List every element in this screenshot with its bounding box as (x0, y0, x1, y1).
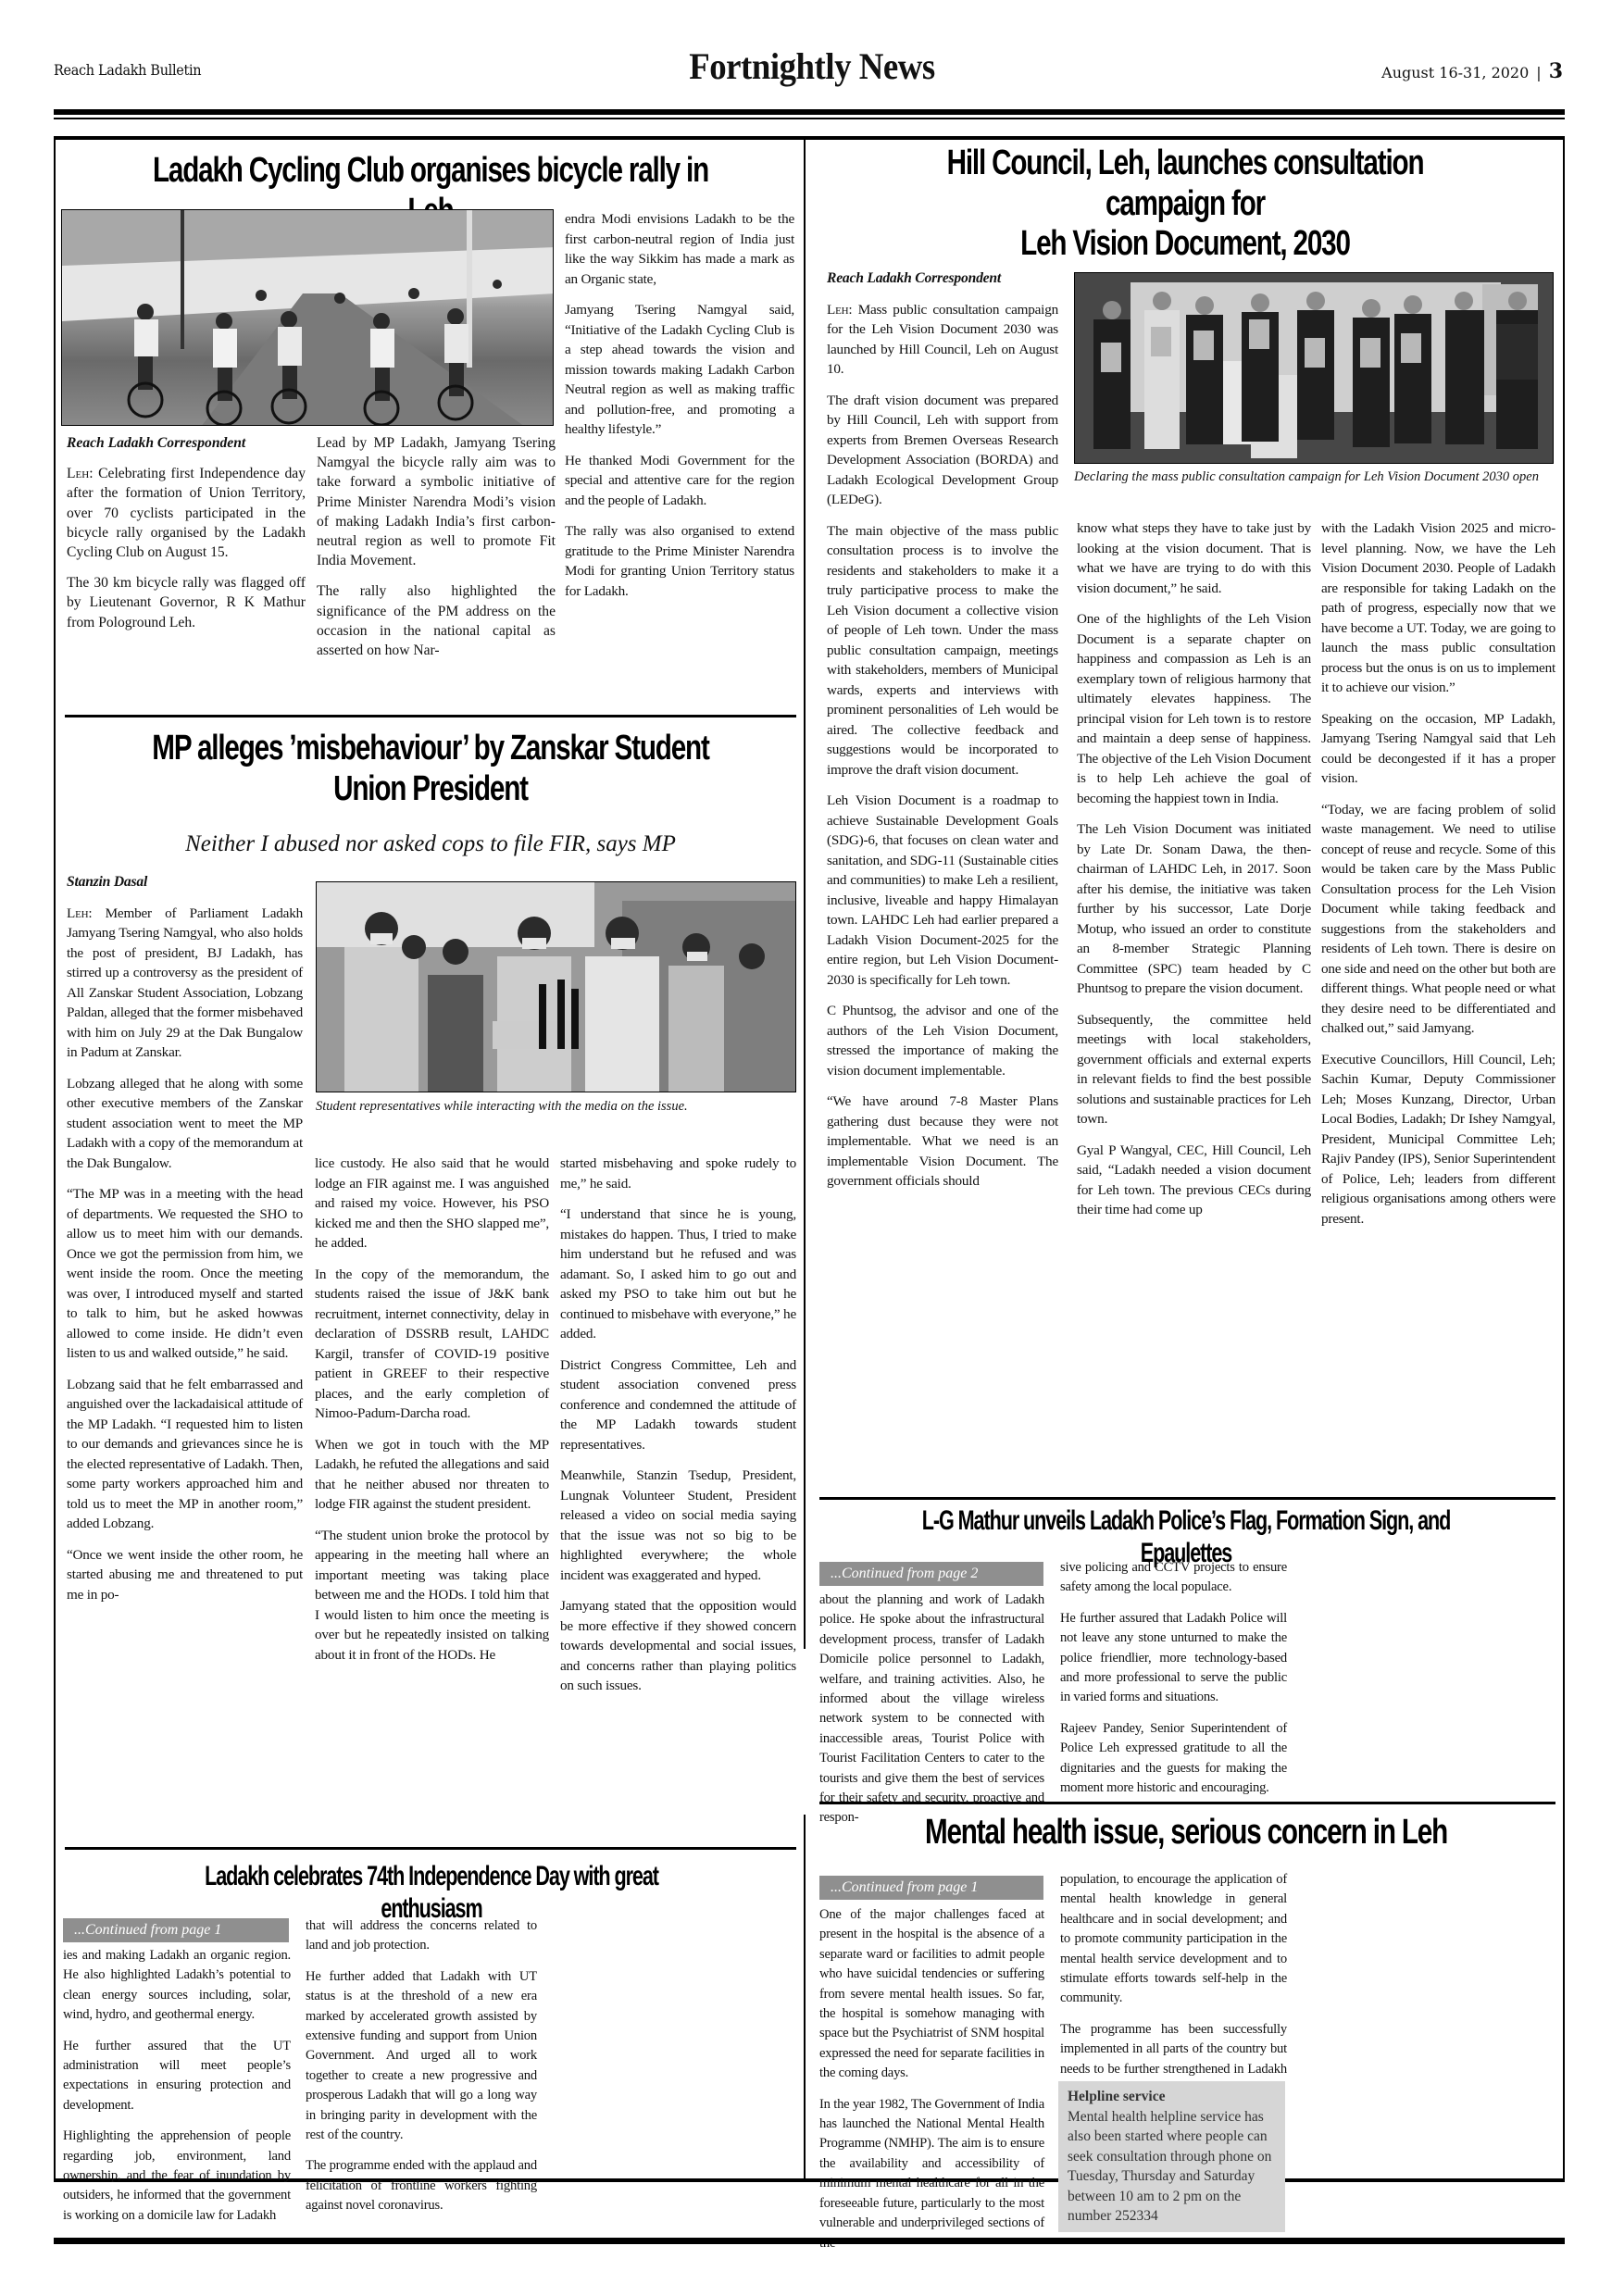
subheadline: Neither I abused nor asked cops to file … (65, 831, 796, 857)
headline-line: Hill Council, Leh, launches consultation… (896, 143, 1474, 224)
article-column: population, to encourage the application… (1060, 1870, 1287, 2110)
dateline: Leh: (67, 905, 92, 921)
paragraph: He further assured that Ladakh Police wi… (1060, 1609, 1287, 1708)
paragraph: The main objective of the mass public co… (827, 521, 1058, 780)
section-rule (65, 1847, 796, 1850)
paragraph: Rajeev Pandey, Senior Superintendent of … (1060, 1719, 1287, 1799)
paragraph: Lead by MP Ladakh, Jamyang Tsering Namgy… (317, 433, 556, 570)
dateline: Leh: (827, 302, 852, 318)
issue-info: August 16-31, 2020|3 (1381, 59, 1563, 83)
paragraph: In the copy of the memorandum, the stude… (315, 1265, 549, 1424)
paragraph: “Once we went inside the other room, he … (67, 1545, 303, 1605)
paragraph: Subsequently, the committee held meeting… (1077, 1010, 1311, 1129)
paragraph: The 30 km bicycle rally was flagged off … (67, 573, 306, 632)
paragraph: C Phuntsog, the advisor and one of the a… (827, 1001, 1058, 1080)
headline: Mental health issue, serious concern in … (893, 1813, 1479, 1853)
paragraph: The draft vision document was prepared b… (827, 391, 1058, 510)
article-column: with the Ladakh Vision 2025 and micro-le… (1321, 518, 1555, 1240)
paragraph: “The MP was in a meeting with the head o… (67, 1184, 303, 1364)
article-column: endra Modi envisions Ladakh to be the fi… (565, 209, 794, 612)
masthead-rule-thin (54, 118, 1565, 119)
paragraph: Jamyang Tsering Namgyal said, “Initiativ… (565, 300, 794, 440)
paragraph: “We have around 7-8 Master Plans gatheri… (827, 1092, 1058, 1192)
paragraph: The programme ended with the applaud and… (306, 2156, 537, 2215)
footer-rule (54, 2238, 1565, 2244)
headline: Ladakh celebrates 74th Independence Day … (165, 1861, 698, 1925)
paragraph: Leh: Celebrating first Independence day … (67, 464, 306, 562)
separator: | (1536, 64, 1541, 81)
student-representatives-photo (316, 881, 796, 1092)
dateline: Leh: (67, 466, 94, 481)
helpline-box: Helpline service Mental health helpline … (1058, 2081, 1285, 2232)
paragraph: Highlighting the apprehension of people … (63, 2127, 291, 2226)
helpline-text: Mental health helpline service has also … (1068, 2107, 1276, 2227)
byline: Reach Ladakh Correspondent (67, 433, 306, 453)
article-column: Reach Ladakh Correspondent Leh: Mass pub… (827, 268, 1058, 1203)
byline: Stanzin Dasal (67, 872, 303, 892)
cycling-rally-photo (61, 209, 554, 426)
paragraph: One of the major challenges faced at pre… (819, 1905, 1044, 2084)
article-column: One of the major challenges faced at pre… (819, 1905, 1044, 2265)
paragraph: District Congress Committee, Leh and stu… (560, 1355, 796, 1455)
page-number: 3 (1549, 59, 1563, 83)
article-column: that will address the concerns related t… (306, 1916, 537, 2227)
paragraph: “Today, we are facing problem of solid w… (1321, 800, 1555, 1039)
paragraph: about the planning and work of Ladakh po… (819, 1591, 1044, 1828)
article-column: Stanzin Dasal Leh: Member of Parliament … (67, 872, 303, 1616)
paragraph: Gyal P Wangyal, CEC, Hill Council, Leh s… (1077, 1141, 1311, 1220)
section-title: Fortnightly News (65, 44, 1559, 88)
paragraph-text: Mass public consultation campaign for th… (827, 302, 1058, 378)
article-column: Reach Ladakh Correspondent Leh: Celebrat… (67, 433, 306, 643)
paragraph-text: Member of Parliament Ladakh Jamyang Tser… (67, 905, 303, 1061)
paragraph: Lobzang said that he felt embarrassed an… (67, 1375, 303, 1534)
photo-caption: Student representatives while interactin… (316, 1098, 796, 1115)
paragraph: He further assured that the UT administr… (63, 2037, 291, 2116)
paragraph: ies and making Ladakh an organic region.… (63, 1946, 291, 2026)
article-column: ies and making Ladakh an organic region.… (63, 1946, 291, 2237)
paragraph: He thanked Modi Government for the speci… (565, 451, 794, 511)
paragraph: Leh: Mass public consultation campaign f… (827, 300, 1058, 380)
photo-caption: Declaring the mass public consultation c… (1074, 468, 1555, 485)
headline: MP alleges ’misbehaviour’ by Zanskar Stu… (145, 729, 716, 809)
paragraph: Leh Vision Document is a roadmap to achi… (827, 791, 1058, 990)
cyclists-illustration (62, 210, 554, 426)
helpline-title: Helpline service (1068, 2087, 1276, 2107)
masthead-rule (54, 109, 1565, 115)
paragraph: endra Modi envisions Ladakh to be the fi… (565, 209, 794, 289)
headline-line: Leh Vision Document, 2030 (896, 224, 1474, 265)
issue-date: August 16-31, 2020 (1381, 64, 1529, 81)
byline: Reach Ladakh Correspondent (827, 268, 1058, 289)
article-column: lice custody. He also said that he would… (315, 1154, 549, 1676)
continued-from-label: ...Continued from page 1 (63, 1918, 289, 1942)
paragraph: Speaking on the occasion, MP Ladakh, Jam… (1321, 709, 1555, 789)
paragraph: with the Ladakh Vision 2025 and micro-le… (1321, 518, 1555, 698)
paragraph: The rally was also organised to extend g… (565, 521, 794, 601)
article-column: know what steps they have to take just b… (1077, 518, 1311, 1231)
paragraph: When we got in touch with the MP Ladakh,… (315, 1435, 549, 1515)
paragraph: “The student union broke the protocol by… (315, 1526, 549, 1666)
students-illustration (317, 882, 796, 1092)
article-column: started misbehaving and spoke rudely to … (560, 1154, 796, 1707)
column-divider (804, 140, 806, 1649)
paragraph: He further added that Ladakh with UT sta… (306, 1967, 537, 2146)
section-rule (65, 715, 796, 717)
paragraph-text: Celebrating first Independence day after… (67, 466, 306, 560)
paragraph: The Leh Vision Document was initiated by… (1077, 819, 1311, 999)
paragraph: The rally also highlighted the significa… (317, 581, 556, 660)
paragraph: that will address the concerns related t… (306, 1916, 537, 1956)
continued-from-label: ...Continued from page 1 (819, 1876, 1043, 1900)
article-column: sive policing and CCTV projects to ensur… (1060, 1558, 1287, 1809)
article-column: about the planning and work of Ladakh po… (819, 1591, 1044, 1840)
officials-illustration (1075, 273, 1554, 464)
continued-from-label: ...Continued from page 2 (819, 1562, 1043, 1586)
vision-document-launch-photo (1074, 272, 1554, 464)
section-rule (819, 1497, 1555, 1500)
headline: Hill Council, Leh, launches consultation… (896, 143, 1474, 265)
paragraph: Meanwhile, Stanzin Tsedup, President, Lu… (560, 1466, 796, 1585)
paragraph: Leh: Member of Parliament Ladakh Jamyang… (67, 904, 303, 1063)
article-column: Lead by MP Ladakh, Jamyang Tsering Namgy… (317, 433, 556, 671)
paragraph: lice custody. He also said that he would… (315, 1154, 549, 1254)
paragraph: Lobzang alleged that he along with some … (67, 1074, 303, 1174)
headline-line: MP alleges ’misbehaviour’ by Zanskar Stu… (145, 729, 716, 769)
paragraph: “I understand that since he is young, mi… (560, 1204, 796, 1344)
paragraph: started misbehaving and spoke rudely to … (560, 1154, 796, 1193)
paragraph: know what steps they have to take just b… (1077, 518, 1311, 598)
paragraph: sive policing and CCTV projects to ensur… (1060, 1558, 1287, 1598)
paragraph: population, to encourage the application… (1060, 1870, 1287, 2009)
paragraph: One of the highlights of the Leh Vision … (1077, 609, 1311, 808)
paragraph: Jamyang stated that the opposition would… (560, 1596, 796, 1696)
column-divider (804, 1815, 806, 2178)
paragraph: Executive Councillors, Hill Council, Leh… (1321, 1050, 1555, 1229)
paragraph: In the year 1982, The Government of Indi… (819, 2095, 1044, 2253)
headline-line: Union President (145, 769, 716, 810)
